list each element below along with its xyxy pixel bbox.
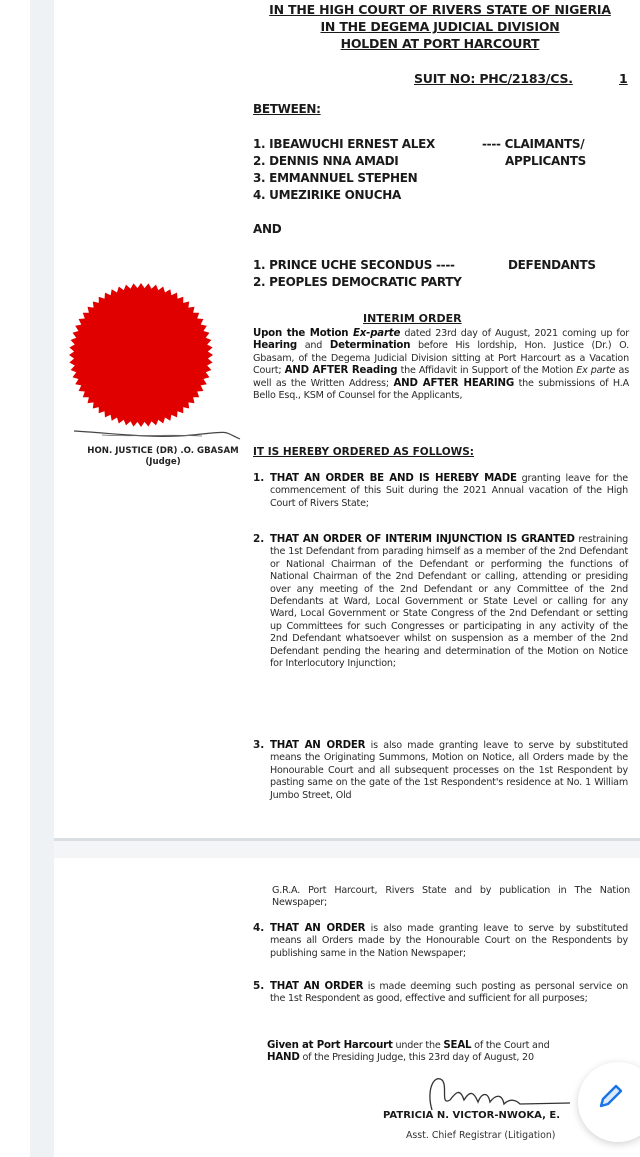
order-item-3-number: 3.: [253, 739, 264, 751]
between-label: BETWEEN:: [253, 102, 321, 116]
judge-name: HON. JUSTICE (DR) .O. GBASAM: [78, 446, 248, 457]
defendants-label: DEFENDANTS: [508, 258, 596, 272]
defendant-1: 1. PRINCE UCHE SECONDUS ----: [253, 258, 455, 272]
order-item-1: THAT AN ORDER BE AND IS HEREBY MADE gran…: [270, 473, 628, 510]
judge-role: (Judge): [78, 457, 248, 468]
order-item-2: THAT AN ORDER OF INTERIM INJUNCTION IS G…: [270, 534, 628, 670]
given-text-1: under the: [393, 1040, 444, 1051]
given-statement: Given at Port Harcourt under the SEAL of…: [267, 1040, 597, 1065]
claimant-2: 2. DENNIS NNA AMADI: [253, 154, 398, 168]
order-item-4-number: 4.: [253, 922, 264, 934]
holden-title: HOLDEN AT PORT HARCOURT: [240, 36, 640, 51]
pencil-icon: [595, 1082, 625, 1112]
interim-order-title: INTERIM ORDER: [363, 312, 462, 325]
court-title: IN THE HIGH COURT OF RIVERS STATE OF NIG…: [240, 2, 640, 17]
preamble-bold-3: Determination: [330, 340, 410, 351]
preamble-text-2: and: [297, 340, 330, 351]
defendant-2: 2. PEOPLES DEMOCRATIC PARTY: [253, 275, 462, 289]
judge-caption: HON. JUSTICE (DR) .O. GBASAM (Judge): [78, 446, 248, 468]
preamble-italic-1: Ex-parte: [353, 328, 400, 339]
and-label: AND: [253, 222, 281, 236]
applicants-label: APPLICANTS: [505, 154, 586, 168]
ordered-as-follows-label: IT IS HEREBY ORDERED AS FOLLOWS:: [253, 446, 474, 458]
preamble-text-1: dated 23rd day of August, 2021 coming up…: [400, 328, 629, 339]
given-text-3: of the Presiding Judge, this 23rd day of…: [300, 1052, 534, 1063]
order-item-1-number: 1.: [253, 472, 264, 484]
given-bold-1: Given at Port Harcourt: [267, 1040, 393, 1051]
suit-number-suffix: 1: [619, 71, 628, 86]
claimant-3: 3. EMMANNUEL STEPHEN: [253, 171, 417, 185]
preamble-bold-5: AND AFTER HEARING: [393, 378, 514, 389]
order-item-2-text: restraining the 1st Defendant from parad…: [270, 534, 628, 669]
order-item-2-number: 2.: [253, 533, 264, 545]
order-item-2-bold: THAT AN ORDER OF INTERIM INJUNCTION IS G…: [270, 534, 575, 545]
preamble-text-4: the Affidavit in Support of the Motion: [397, 365, 576, 376]
division-title: IN THE DEGEMA JUDICIAL DIVISION: [240, 19, 640, 34]
given-bold-2: SEAL: [443, 1040, 471, 1051]
registrar-signature: [420, 1070, 580, 1115]
order-item-3-bold: THAT AN ORDER: [270, 740, 365, 751]
registrar-role: Asst. Chief Registrar (Litigation): [406, 1130, 555, 1141]
order-item-3-continued: G.R.A. Port Harcourt, Rivers State and b…: [272, 885, 630, 910]
suit-number: SUIT NO: PHC/2183/CS.: [414, 71, 573, 86]
judge-signature-line: [72, 425, 242, 443]
order-item-5-number: 5.: [253, 980, 264, 992]
given-bold-3: HAND: [267, 1052, 300, 1063]
order-item-5: THAT AN ORDER is made deeming such posti…: [270, 981, 628, 1006]
preamble-bold-2: Hearing: [253, 340, 297, 351]
preamble-bold-1: Upon the Motion: [253, 328, 353, 339]
claimant-1: 1. IBEAWUCHI ERNEST ALEX: [253, 137, 435, 151]
order-item-4-bold: THAT AN ORDER: [270, 923, 365, 934]
order-preamble: Upon the Motion Ex-parte dated 23rd day …: [253, 328, 629, 402]
registrar-name: PATRICIA N. VICTOR-NWOKA, E.: [383, 1110, 560, 1121]
order-item-4: THAT AN ORDER is also made granting leav…: [270, 923, 628, 960]
order-item-3: THAT AN ORDER is also made granting leav…: [270, 740, 628, 802]
preamble-italic-2: Ex parte: [576, 365, 615, 376]
order-item-5-bold: THAT AN ORDER: [270, 981, 363, 992]
claimant-4: 4. UMEZIRIKE ONUCHA: [253, 188, 401, 202]
court-seal-icon: [68, 282, 214, 428]
viewer-left-gutter: [30, 0, 54, 1157]
given-text-2: of the Court and: [471, 1040, 549, 1051]
claimants-label: ---- CLAIMANTS/: [482, 137, 584, 151]
preamble-bold-4: AND AFTER Reading: [285, 365, 398, 376]
order-item-1-bold: THAT AN ORDER BE AND IS HEREBY MADE: [270, 473, 517, 484]
